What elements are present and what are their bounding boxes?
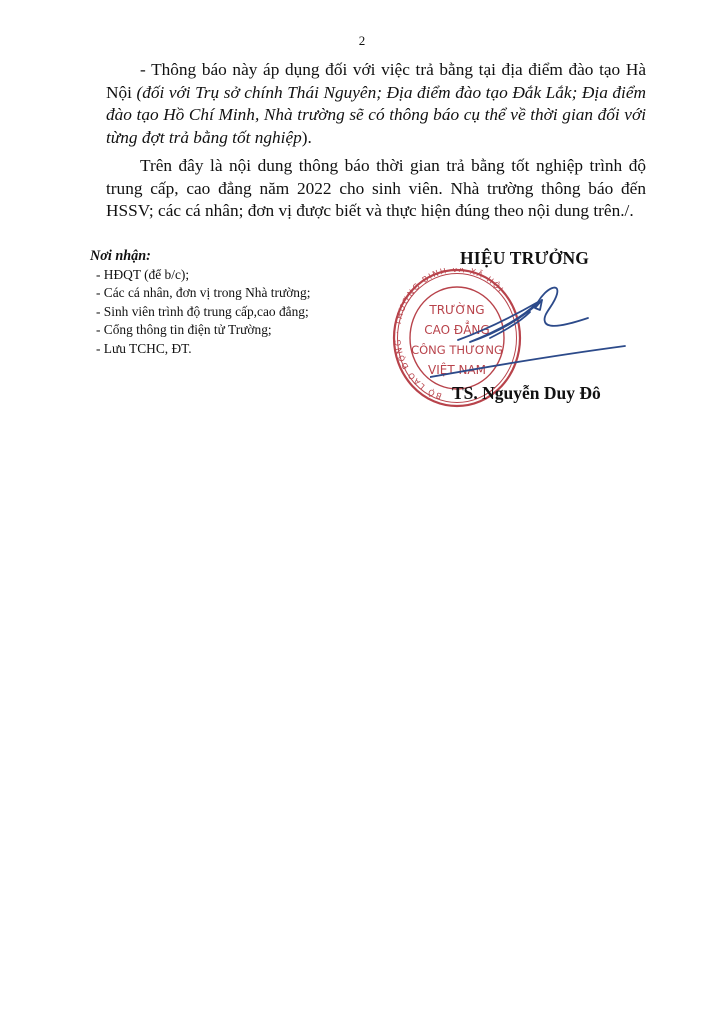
paragraph-closing-text: Trên đây là nội dung thông báo thời gian… xyxy=(106,156,646,220)
paragraph-closing: Trên đây là nội dung thông báo thời gian… xyxy=(106,155,646,223)
signer-name: TS. Nguyễn Duy Đô xyxy=(452,383,601,404)
paragraph-scope-notice: - Thông báo này áp dụng đối với việc trả… xyxy=(106,59,646,149)
recipient-item: - Lưu TCHC, ĐT. xyxy=(90,340,310,359)
recipient-item: - Cổng thông tin điện tử Trường; xyxy=(90,321,310,340)
page-number: 2 xyxy=(0,33,724,49)
recipient-item: - Sinh viên trình độ trung cấp,cao đẳng; xyxy=(90,303,310,322)
recipients-block: Nơi nhận: - HĐQT (để b/c); - Các cá nhân… xyxy=(90,247,310,359)
signer-title: HIỆU TRƯỞNG xyxy=(460,248,589,269)
recipient-item: - HĐQT (để b/c); xyxy=(90,266,310,285)
recipients-heading: Nơi nhận: xyxy=(90,247,310,266)
paragraph-italic-note: (đối với Trụ sở chính Thái Nguyên; Địa đ… xyxy=(106,83,646,147)
paragraph-tail: ). xyxy=(302,128,312,147)
signature-scribble-icon xyxy=(430,280,630,390)
recipient-item: - Các cá nhân, đơn vị trong Nhà trường; xyxy=(90,284,310,303)
